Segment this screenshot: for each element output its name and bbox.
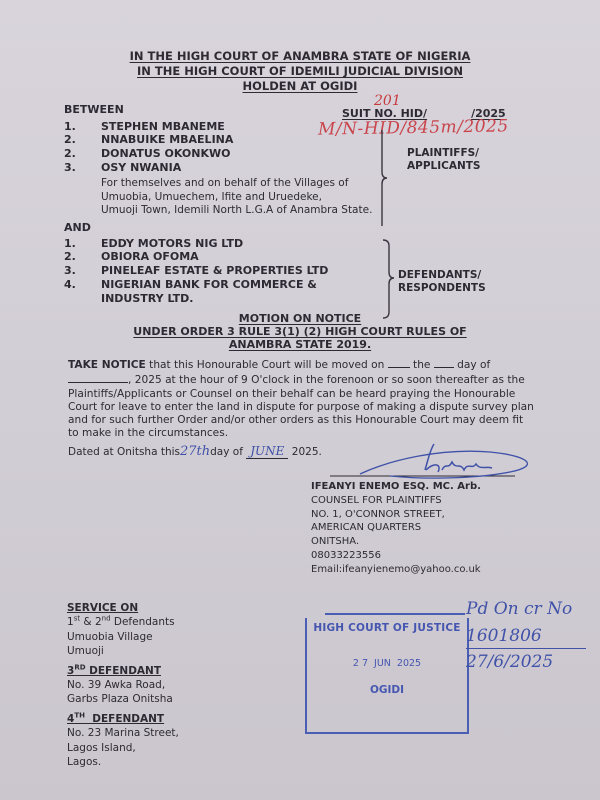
court-stamp-border-top (325, 613, 465, 615)
ordinal: 1 (67, 616, 74, 628)
counsel-name: IFEANYI ENEMO ESQ. MC. Arb. (311, 480, 481, 494)
counsel-city: ONITSHA. (311, 535, 481, 549)
notice-text: that this Honourable Court will be moved… (146, 359, 388, 371)
motion-title: MOTION ON NOTICE (0, 312, 600, 325)
plaintiff-name: DONATUS OKONKWO (101, 147, 230, 161)
dated-suffix: 2025. (288, 446, 321, 458)
and-label: AND (64, 221, 91, 234)
plaintiff-num: 1. (64, 120, 76, 134)
service-address-line: No. 39 Awka Road, (67, 678, 179, 692)
plaintiffs-label: PLAINTIFFS/ APPLICANTS (407, 147, 480, 173)
court-title-line3: HOLDEN AT OGIDI (0, 79, 600, 94)
defendant-num: 4. (64, 278, 76, 292)
service-address-line: Umuobia Village (67, 630, 179, 644)
defendant-num: 3. (64, 264, 76, 278)
defendants-list: 1.EDDY MOTORS NIG LTD 2.OBIORA OFOMA 3.P… (64, 237, 384, 309)
ordinal-suffix: nd (102, 615, 111, 623)
handwritten-suit-number: 201 (374, 93, 401, 109)
counsel-role: COUNSEL FOR PLAINTIFFS (311, 494, 481, 508)
service-address-line: Lagos. (67, 755, 179, 769)
handwritten-month: JUNE (246, 444, 288, 459)
service-label: DEFENDANT (86, 665, 161, 677)
notice-text: Court for leave to enter the land in dis… (68, 401, 518, 414)
service-label: Defendants (111, 616, 175, 628)
service-address-line: Garbs Plaza Onitsha (67, 692, 179, 706)
plaintiff-num: 2. (64, 133, 76, 147)
motion-heading: MOTION ON NOTICE UNDER ORDER 3 RULE 3(1)… (0, 312, 600, 351)
ordinal-suffix: RD (74, 663, 85, 671)
dated-line: Dated at Onitsha this27thday of JUNE 202… (68, 444, 322, 459)
notice-text: , 2025 at the hour of 9 O'clock in the f… (128, 374, 525, 386)
ordinal: & 2 (80, 616, 102, 628)
handwritten-receipt-note: Pd On cr No 1601806 27/6/2025 (466, 596, 586, 676)
counsel-address-line1: NO. 1, O'CONNOR STREET, (311, 508, 481, 522)
counsel-email: Email:ifeanyienemo@yahoo.co.uk (311, 563, 481, 577)
notice-lead: TAKE NOTICE (68, 359, 146, 371)
service-label: DEFENDANT (85, 713, 164, 725)
defendant-num: 2. (64, 250, 76, 264)
ordinal-suffix: TH (74, 711, 85, 719)
court-title-line2: IN THE HIGH COURT OF IDEMILI JUDICIAL DI… (0, 64, 600, 79)
receipt-date: 27/6/2025 (466, 649, 586, 676)
service-heading: SERVICE ON (67, 601, 179, 615)
service-section: SERVICE ON 1st & 2nd Defendants Umuobia … (67, 601, 179, 769)
stamp-title: HIGH COURT OF JUSTICE (312, 622, 462, 634)
service-address-line: Lagos Island, (67, 741, 179, 755)
between-label: BETWEEN (64, 103, 124, 116)
service-address-line: Umuoji (67, 644, 179, 658)
court-stamp (305, 618, 469, 734)
motion-subtitle-line2: ANAMBRA STATE 2019. (0, 338, 600, 351)
counsel-address-line2: AMERICAN QUARTERS (311, 521, 481, 535)
notice-text: Plaintiffs/Applicants or Counsel on thei… (68, 388, 518, 401)
handwritten-day: 27th (180, 444, 210, 459)
counsel-details: IFEANYI ENEMO ESQ. MC. Arb. COUNSEL FOR … (311, 480, 481, 577)
hearing-date-blank (434, 357, 454, 368)
receipt-number: 1601806 (466, 623, 586, 650)
plaintiffs-label-line2: APPLICANTS (407, 160, 480, 173)
plaintiffs-behalf-note: For themselves and on behalf of the Vill… (101, 177, 372, 218)
defendant-num: 1. (64, 237, 76, 251)
plaintiff-name: STEPHEN MBANEME (101, 120, 225, 134)
plaintiffs-brace-icon (378, 128, 398, 228)
court-header: IN THE HIGH COURT OF ANAMBRA STATE OF NI… (0, 49, 600, 94)
behalf-line: For themselves and on behalf of the Vill… (101, 177, 372, 191)
defendant-name: EDDY MOTORS NIG LTD (101, 237, 243, 251)
plaintiff-num: 2. (64, 147, 76, 161)
defendants-label-line1: DEFENDANTS/ (398, 269, 486, 282)
behalf-line: Umuobia, Umuechem, Ifite and Uruedeke, (101, 191, 372, 205)
notice-text: day of (454, 359, 490, 371)
defendants-label-line2: RESPONDENTS (398, 282, 486, 295)
stamp-place: OGIDI (312, 684, 462, 696)
plaintiff-name: OSY NWANIA (101, 161, 181, 175)
hearing-day-blank (388, 357, 410, 368)
notice-text: and for such further Order and/or other … (68, 414, 518, 427)
plaintiff-name: NNABUIKE MBAELINA (101, 133, 233, 147)
service-fourth-defendant-heading: 4TH DEFENDANT (67, 712, 179, 726)
defendant-name: PINELEAF ESTATE & PROPERTIES LTD (101, 264, 328, 278)
motion-subtitle-line1: UNDER ORDER 3 RULE 3(1) (2) HIGH COURT R… (0, 325, 600, 338)
dated-middle: day of (210, 446, 246, 458)
service-address-line: No. 23 Marina Street, (67, 726, 179, 740)
plaintiffs-list: 1.STEPHEN MBANEME 2.NNABUIKE MBAELINA 2.… (64, 120, 364, 176)
notice-text: the (410, 359, 434, 371)
defendants-label: DEFENDANTS/ RESPONDENTS (398, 269, 486, 295)
plaintiffs-label-line1: PLAINTIFFS/ (407, 147, 480, 160)
behalf-line: Umuoji Town, Idemili North L.G.A of Anam… (101, 204, 372, 218)
notice-text: to make in the circumstances. (68, 427, 518, 440)
court-title-line1: IN THE HIGH COURT OF ANAMBRA STATE OF NI… (0, 49, 600, 64)
defendant-name: INDUSTRY LTD. (101, 292, 193, 306)
defendant-name: OBIORA OFOMA (101, 250, 199, 264)
stamp-date: 2 7 JUN 2025 (312, 658, 462, 669)
counsel-phone: 08033223556 (311, 549, 481, 563)
notice-body: TAKE NOTICE that this Honourable Court w… (68, 357, 518, 441)
defendant-name: NIGERIAN BANK FOR COMMERCE & (101, 278, 317, 292)
plaintiff-num: 3. (64, 161, 76, 175)
service-third-defendant-heading: 3RD DEFENDANT (67, 664, 179, 678)
receipt-line1: Pd On cr No (466, 596, 586, 623)
dated-prefix: Dated at Onitsha this (68, 446, 180, 458)
hearing-month-blank (68, 372, 128, 383)
service-first-second-defendants: 1st & 2nd Defendants (67, 615, 179, 629)
